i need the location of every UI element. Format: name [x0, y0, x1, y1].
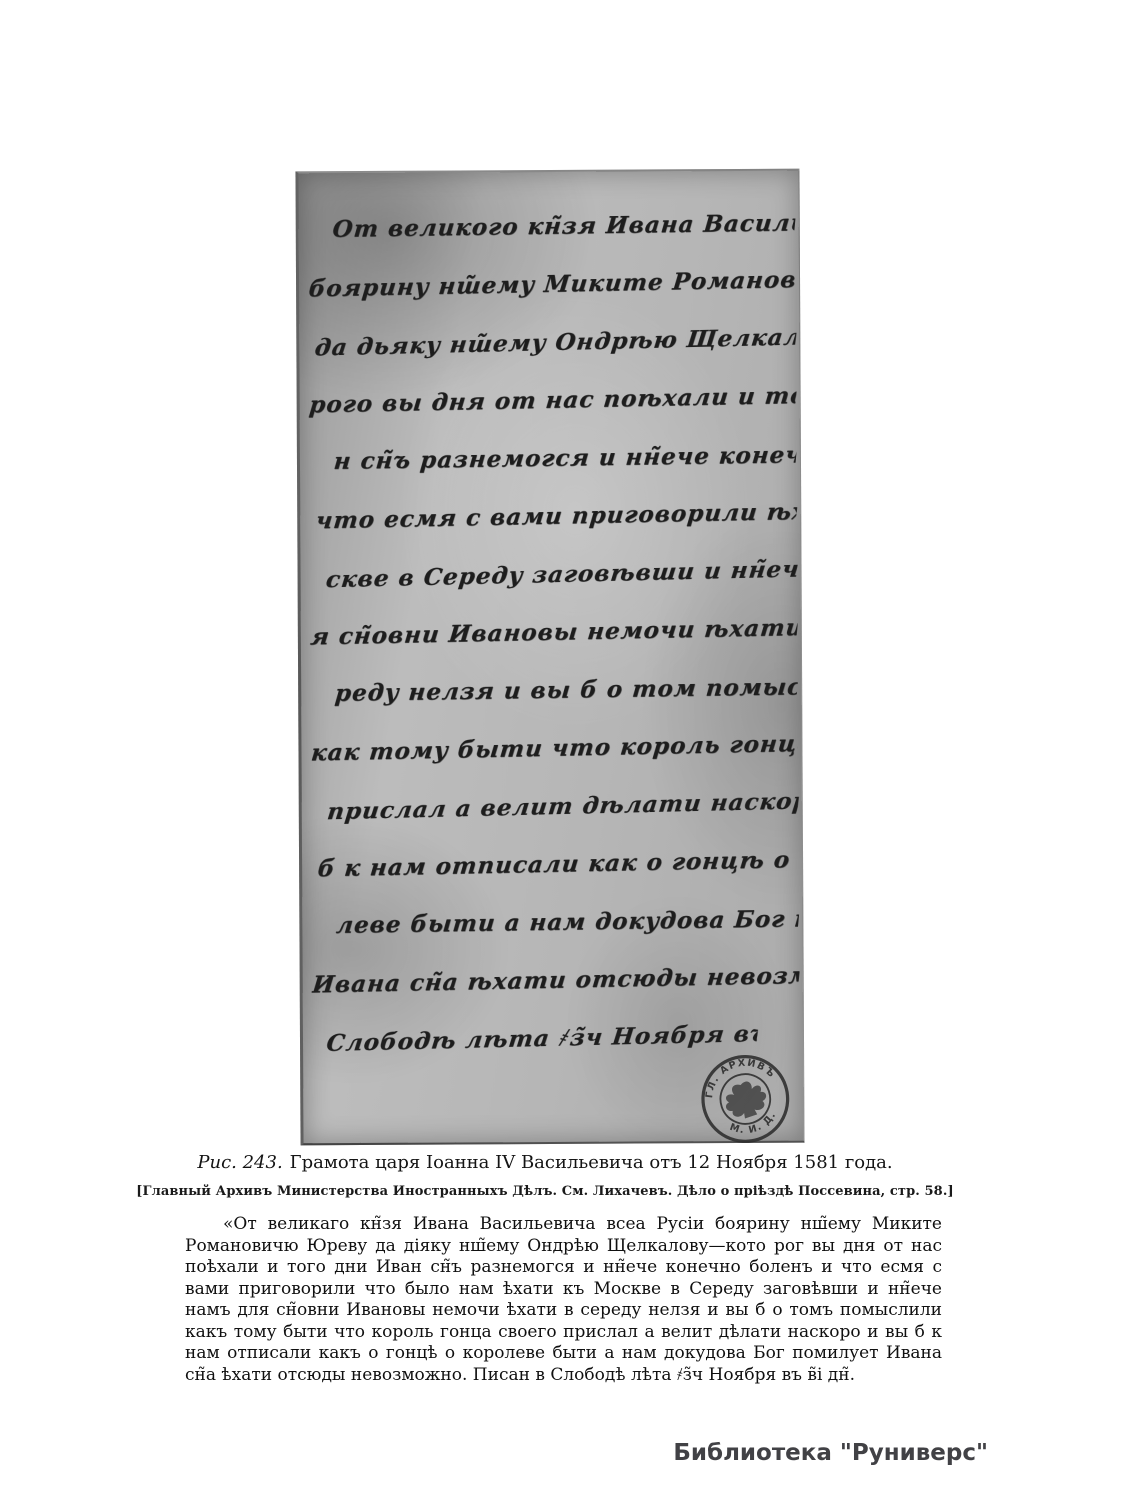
manuscript-line: От великого кн̃зя Ивана Васильевича всеа… — [306, 195, 798, 260]
source-note: [Главный Архивъ Министерства Иностранных… — [120, 1184, 970, 1199]
manuscript-line: н сн̃ъ разнемогся и нн̃ече конечно болен… — [307, 427, 799, 492]
manuscript-line: прислал а велит дѣлати наскоро и вы — [308, 772, 802, 841]
transcription-paragraph: «От великаго кн̃зя Ивана Васильевича все… — [185, 1214, 942, 1386]
manuscript-line: скве в Середу заговѣвши и нн̃ече нам дл — [307, 540, 801, 609]
manuscript-line: реду нелзя и вы б о том помыслили — [308, 659, 800, 724]
manuscript-line: я сн̃овни Ивановы немочи ѣхати в се — [307, 599, 800, 666]
manuscript-line: рого вы дня от нас поѣхали и того дни Ив… — [306, 367, 799, 434]
book-page: От великого кн̃зя Ивана Васильевича всеа… — [0, 0, 1126, 1500]
figure-number: Рис. 243. — [197, 1152, 282, 1173]
manuscript-line: что есмя с вами приговорили ѣхати к Мо — [307, 483, 800, 550]
manuscript-line: как тому быти что король гонца своего — [308, 715, 801, 782]
manuscript-line: да дьяку нш̃ему Ондрѣю Щелкалову кото — [305, 308, 799, 377]
manuscript-line: Ивана сн̃а ѣхати отсюды невозможно. Писа… — [309, 947, 802, 1014]
manuscript-photo: От великого кн̃зя Ивана Васильевича всеа… — [295, 169, 804, 1146]
manuscript-line: Слободѣ лѣта ҂з̃ч Ноября въ в̃і дн̃ — [309, 1005, 761, 1073]
figure-caption-text: Грамота царя Іоанна IV Васильевича отъ 1… — [290, 1152, 893, 1173]
figure-caption: Рис. 243.Грамота царя Іоанна IV Васильев… — [150, 1152, 940, 1173]
manuscript-line: леве быти а нам докудова Бог помилует — [310, 891, 802, 956]
manuscript-line: б к нам отписали как о гонцѣ о коро — [309, 831, 802, 898]
manuscript-line: боярину нш̃ему Миките Романовичю Юрьеву — [306, 251, 799, 318]
manuscript-text: От великого кн̃зя Ивана Васильевича всеа… — [309, 197, 800, 1070]
runivers-watermark: Библиотека "Руниверс" — [673, 1440, 988, 1466]
